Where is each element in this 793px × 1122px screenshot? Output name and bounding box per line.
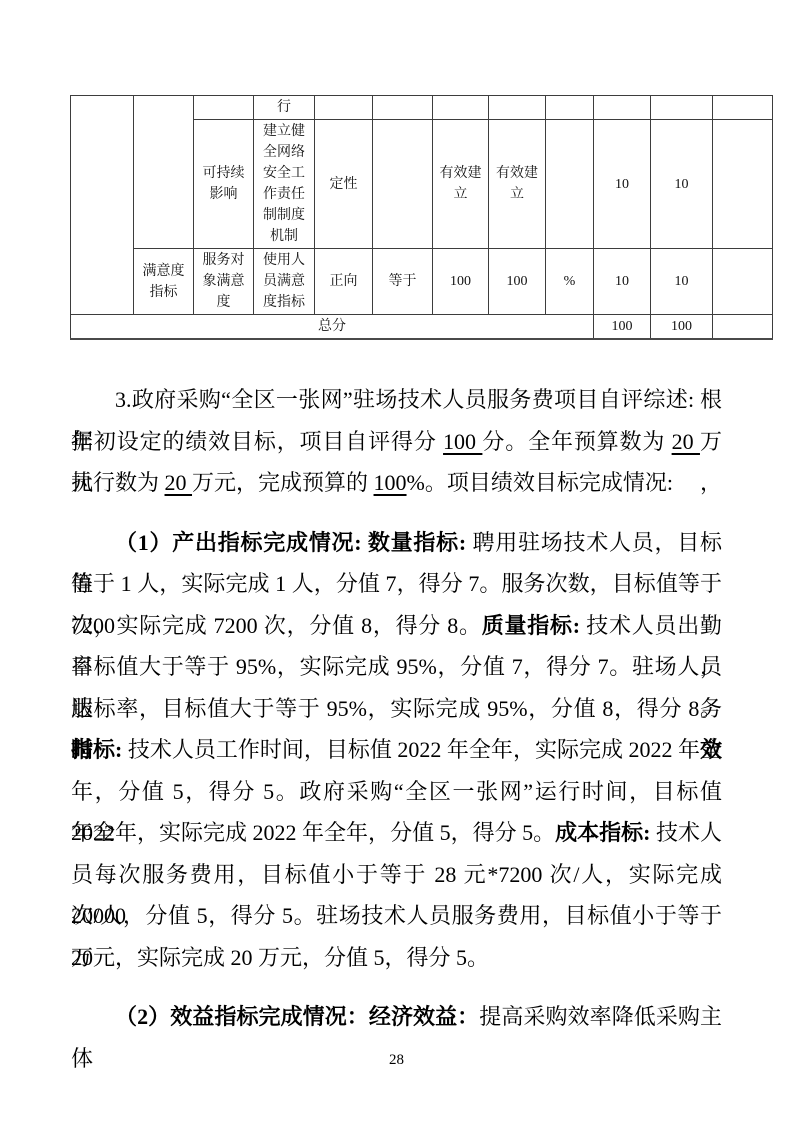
text-line: 目标值大于等于 95%，实际完成 95%，分值 7，得分 7。驻场人员服务 <box>71 646 722 688</box>
text-line: 次，实际完成 7200 次，分值 8，得分 8。质量指标: 技术人员出勤率， <box>71 605 722 647</box>
cell-sustainable-nature: 定性 <box>315 120 373 249</box>
empty-cell <box>315 96 373 120</box>
empty-cell <box>71 96 134 315</box>
cell-satisfaction-unit: % <box>546 249 594 315</box>
table-row-total: 总分 100 100 <box>71 315 773 340</box>
cell-total-label: 总分 <box>71 315 594 340</box>
cell-satisfaction-comparison: 等于 <box>373 249 433 315</box>
text-line: （2）效益指标完成情况：经济效益：提高采购效率降低采购主体 <box>71 996 722 1038</box>
text-line: （1）产出指标完成情况: 数量指标: 聘用驻场技术人员，目标值 <box>71 522 722 564</box>
empty-cell <box>713 315 773 340</box>
cell-sustainable-indicator: 可持续影响 <box>194 120 254 249</box>
cell-satisfaction-score: 10 <box>651 249 713 315</box>
cell-satisfaction-detail: 使用人员满意度指标 <box>254 249 315 315</box>
empty-cell <box>134 96 194 249</box>
document-body: 3.政府采购“全区一张网”驻场技术人员服务费项目自评综述: 根据 年初设定的绩效… <box>71 379 722 1038</box>
cell-total-score: 100 <box>651 315 713 340</box>
empty-cell <box>546 96 594 120</box>
cell-total-weight: 100 <box>594 315 651 340</box>
cell-satisfaction-nature: 正向 <box>315 249 373 315</box>
text-line: 执行数为 20 万元，完成预算的 100%。项目绩效目标完成情况: <box>71 462 722 504</box>
text-line: 万元，实际完成 20 万元，分值 5，得分 5。 <box>71 937 722 979</box>
empty-cell <box>373 96 433 120</box>
empty-cell <box>373 120 433 249</box>
empty-cell <box>713 120 773 249</box>
page-number: 28 <box>0 1052 793 1069</box>
text-line: 3.政府采购“全区一张网”驻场技术人员服务费项目自评综述: 根据 <box>71 379 722 421</box>
table-row-satisfaction: 满意度指标 服务对象满意度 使用人员满意度指标 正向 等于 100 100 % … <box>71 249 773 315</box>
empty-cell <box>194 96 254 120</box>
paragraph-output-indicators: （1）产出指标完成情况: 数量指标: 聘用驻场技术人员，目标值 等于 1 人，实… <box>71 522 722 979</box>
text-line: 年初设定的绩效目标，项目自评得分 100 分。全年预算数为 20 万元， <box>71 421 722 463</box>
performance-indicator-table: 行 可持续影响 建立健全网络安全工作责任制制度机制 定性 有效建立 有效建立 1… <box>70 95 773 340</box>
paragraph-self-evaluation-summary: 3.政府采购“全区一张网”驻场技术人员服务费项目自评综述: 根据 年初设定的绩效… <box>71 379 722 504</box>
cell-sustainable-actual: 有效建立 <box>489 120 546 249</box>
text-line: 次/人，分值 5，得分 5。驻场技术人员服务费用，目标值小于等于 20 <box>71 895 722 937</box>
empty-cell <box>651 96 713 120</box>
document-page: 行 可持续影响 建立健全网络安全工作责任制制度机制 定性 有效建立 有效建立 1… <box>0 0 793 1122</box>
cell-satisfaction-category: 满意度指标 <box>134 249 194 315</box>
text-line: 指标: 技术人员工作时间，目标值 2022 年全年，实际完成 2022 年全 <box>71 729 722 771</box>
empty-cell <box>489 96 546 120</box>
empty-cell <box>594 96 651 120</box>
paragraph-benefit-indicators: （2）效益指标完成情况：经济效益：提高采购效率降低采购主体 <box>71 996 722 1038</box>
cell-continuation-text: 行 <box>254 96 315 120</box>
cell-satisfaction-target: 100 <box>433 249 489 315</box>
empty-cell <box>713 96 773 120</box>
table-row-continuation: 行 <box>71 96 773 120</box>
empty-cell <box>713 249 773 315</box>
empty-cell <box>433 96 489 120</box>
cell-sustainable-target: 有效建立 <box>433 120 489 249</box>
text-line: 达标率，目标值大于等于 95%，实际完成 95%，分值 8，得分 8。时效 <box>71 688 722 730</box>
text-line: 等于 1 人，实际完成 1 人，分值 7，得分 7。服务次数，目标值等于 720… <box>71 563 722 605</box>
text-line: 员每次服务费用，目标值小于等于 28 元*7200 次/人，实际完成 20000 <box>71 854 722 896</box>
empty-cell <box>546 120 594 249</box>
cell-satisfaction-weight: 10 <box>594 249 651 315</box>
text-line: 年全年，实际完成 2022 年全年，分值 5，得分 5。成本指标: 技术人 <box>71 812 722 854</box>
text-line: 年，分值 5，得分 5。政府采购“全区一张网”运行时间，目标值 2022 <box>71 771 722 813</box>
cell-sustainable-score: 10 <box>651 120 713 249</box>
cell-sustainable-detail: 建立健全网络安全工作责任制制度机制 <box>254 120 315 249</box>
cell-satisfaction-indicator: 服务对象满意度 <box>194 249 254 315</box>
cell-sustainable-weight: 10 <box>594 120 651 249</box>
cell-satisfaction-actual: 100 <box>489 249 546 315</box>
